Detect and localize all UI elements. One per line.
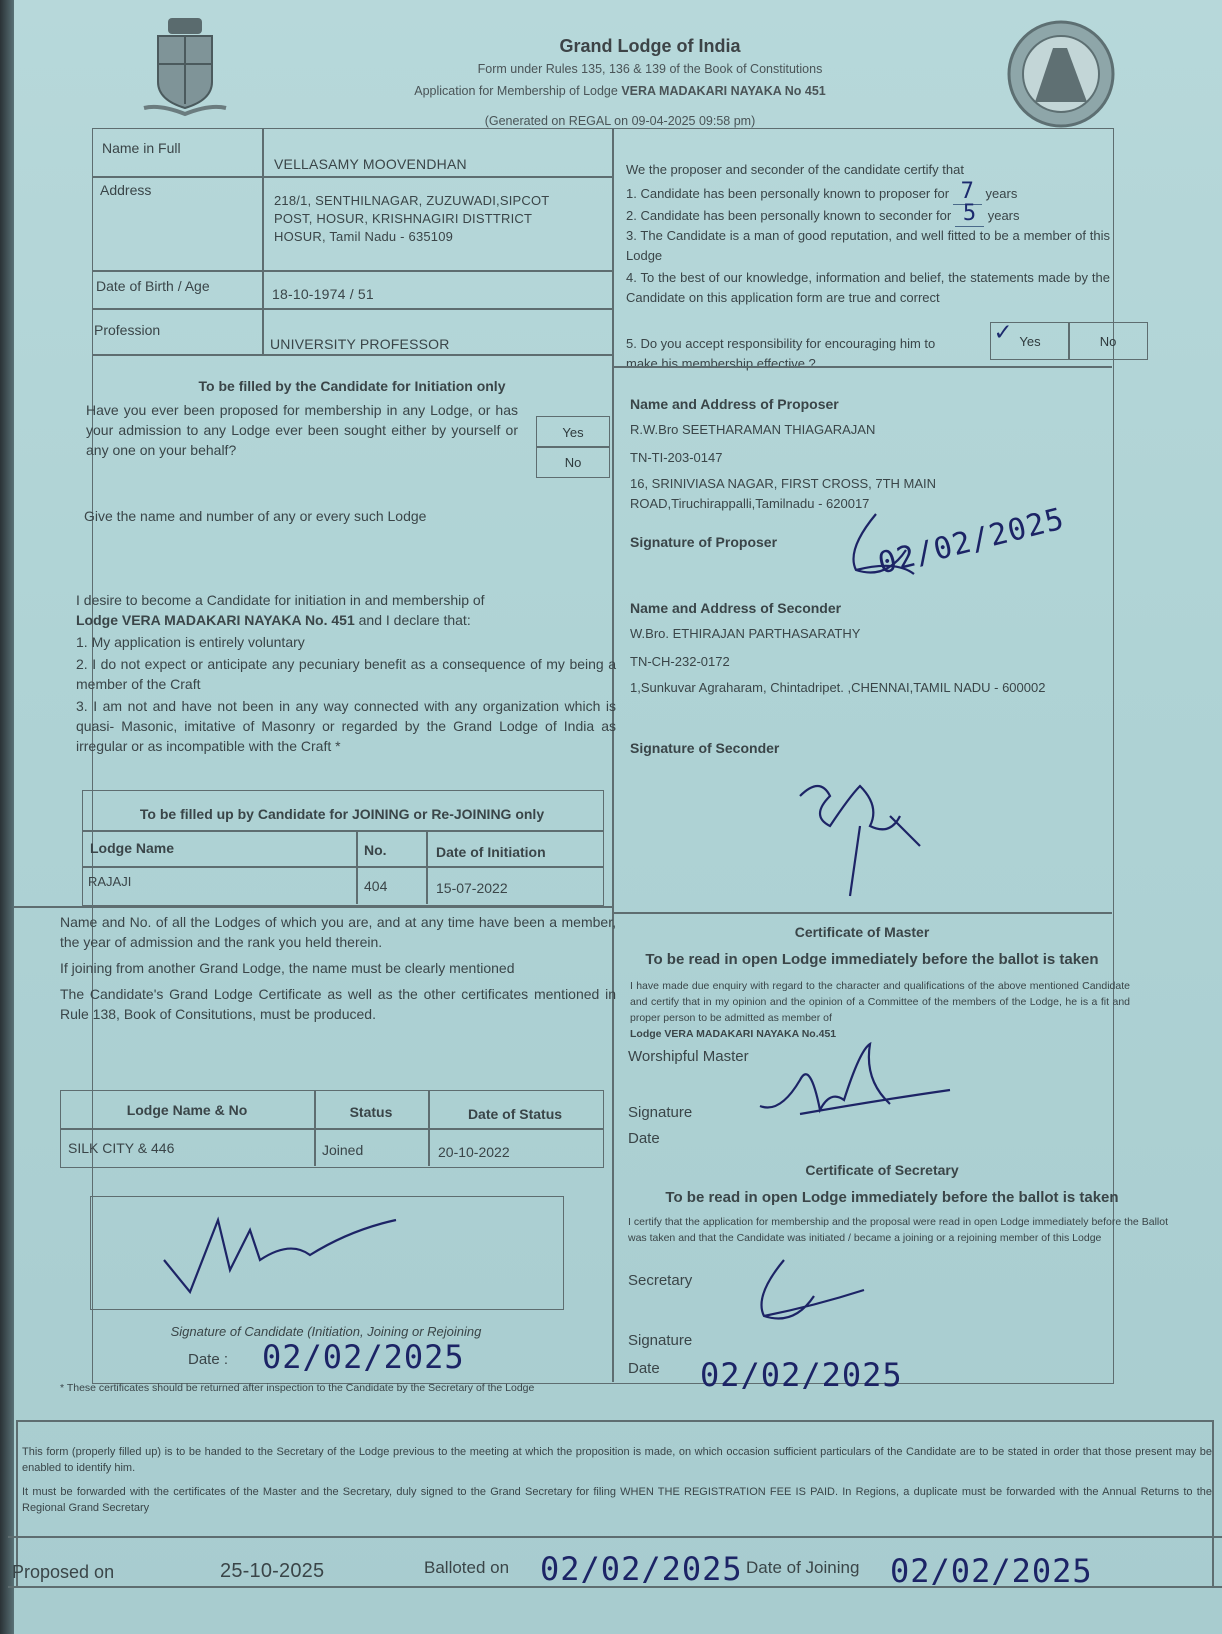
master-certificate-body: I have made due enquiry with regard to t…	[630, 978, 1130, 1026]
secretary-signature-label: Signature	[628, 1332, 692, 1349]
master-date-label: Date	[628, 1130, 660, 1147]
proposer-heading: Name and Address of Proposer	[630, 394, 839, 414]
date-of-joining-value: 02/02/2025	[890, 1552, 1093, 1590]
page-title: Grand Lodge of India	[440, 36, 860, 57]
proposer-id: TN-TI-203-0147	[630, 448, 722, 468]
note: Name and No. of all the Lodges of which …	[60, 912, 616, 952]
declaration-prefix: I desire to become a Candidate for initi…	[76, 590, 616, 610]
address-line: 218/1, SENTHILNAGAR, ZUZUWADI,SIPCOT	[274, 192, 549, 210]
col-divider	[356, 830, 358, 904]
table-cell: SILK CITY & 446	[68, 1138, 174, 1158]
seconder-years: 5	[955, 201, 984, 227]
row-divider	[92, 354, 612, 356]
certification-intro: We the proposer and seconder of the cand…	[626, 160, 1096, 180]
proposer-name: R.W.Bro SEETHARAMAN THIAGARAJAN	[630, 420, 875, 440]
date-of-joining-label: Date of Joining	[746, 1558, 859, 1578]
dob-value: 18-10-1974 / 51	[272, 286, 374, 302]
instructions-para-1: This form (properly filled up) is to be …	[22, 1444, 1212, 1476]
certification-item-1: 1. Candidate has been personally known t…	[626, 182, 1106, 204]
seconder-heading: Name and Address of Seconder	[630, 598, 841, 618]
master-signature-label: Signature	[628, 1104, 692, 1121]
item-text: 2. Candidate has been personally known t…	[626, 208, 951, 223]
initiation-heading: To be filled by the Candidate for Initia…	[92, 376, 612, 396]
address-label: Address	[100, 182, 151, 198]
secretary-certificate-title: Certificate of Secretary	[612, 1160, 1152, 1180]
section-divider	[16, 1420, 1212, 1422]
secretary-certificate-subtitle: To be read in open Lodge immediately bef…	[612, 1188, 1172, 1208]
note: The Candidate's Grand Lodge Certificate …	[60, 984, 616, 1024]
row-divider	[60, 1128, 604, 1130]
name-label: Name in Full	[102, 140, 181, 156]
secretary-label: Secretary	[628, 1272, 692, 1289]
col-header: Lodge Name	[90, 838, 174, 858]
declaration-lodge: Lodge VERA MADAKARI NAYAKA No. 451	[76, 612, 355, 628]
initiation-question: Have you ever been proposed for membersh…	[86, 400, 518, 460]
seconder-address: 1,Sunkuvar Agraharam, Chintadripet. ,CHE…	[630, 678, 1080, 698]
application-prefix: Application for Membership of Lodge	[414, 84, 621, 98]
master-signature-icon	[760, 1040, 960, 1125]
row-divider	[82, 866, 604, 868]
worshipful-master-label: Worshipful Master	[628, 1048, 749, 1065]
dob-label: Date of Birth / Age	[96, 278, 210, 294]
table-cell: Joined	[322, 1140, 363, 1160]
row-divider	[92, 176, 612, 178]
footer-divider	[8, 1536, 1222, 1538]
generated-stamp: (Generated on REGAL on 09-04-2025 09:58 …	[320, 114, 920, 128]
yes-label: Yes	[1019, 334, 1040, 349]
proposer-signature-label: Signature of Proposer	[630, 532, 777, 552]
crest-emblem-icon	[140, 16, 230, 120]
joining-table-heading: To be filled up by Candidate for JOINING…	[82, 804, 602, 824]
responsibility-no-checkbox[interactable]: No	[1068, 322, 1148, 360]
section-divider	[14, 906, 612, 908]
item-text: 1. Candidate has been personally known t…	[626, 186, 949, 201]
checkmark-icon: ✓	[995, 317, 1011, 347]
declaration-item: 1. My application is entirely voluntary	[76, 632, 616, 652]
no-label: No	[1100, 334, 1117, 349]
no-label: No	[565, 455, 582, 470]
col-header: Lodge Name & No	[60, 1100, 314, 1120]
declaration-item: 2. I do not expect or anticipate any pec…	[76, 654, 616, 694]
yes-label: Yes	[562, 425, 583, 440]
certification-item-5: 5. Do you accept responsibility for enco…	[626, 334, 966, 374]
declaration-suffix: and I declare that:	[355, 612, 471, 628]
row-divider	[92, 270, 612, 272]
balloted-on-value: 02/02/2025	[540, 1550, 743, 1588]
application-title: Application for Membership of Lodge VERA…	[320, 84, 920, 98]
row-divider	[82, 830, 604, 832]
details-divider	[262, 128, 264, 354]
declaration: I desire to become a Candidate for initi…	[76, 590, 616, 756]
certificates-footnote: * These certificates should be returned …	[60, 1380, 600, 1396]
col-header: Status	[314, 1102, 428, 1122]
table-cell: 20-10-2022	[438, 1142, 510, 1162]
seconder-signature-label: Signature of Seconder	[630, 738, 779, 758]
section-divider	[612, 912, 1112, 914]
candidate-date-label: Date :	[188, 1350, 228, 1370]
master-certificate-subtitle: To be read in open Lodge immediately bef…	[612, 950, 1132, 970]
certification-item-2: 2. Candidate has been personally known t…	[626, 204, 1106, 226]
years-label: years	[988, 208, 1020, 223]
seconder-id: TN-CH-232-0172	[630, 652, 730, 672]
secretary-date-label: Date	[628, 1360, 660, 1377]
form-rules: Form under Rules 135, 136 & 139 of the B…	[350, 62, 950, 76]
table-cell: 15-07-2022	[436, 878, 508, 898]
instructions-para-2: It must be forwarded with the certificat…	[22, 1484, 1212, 1516]
application-lodge: VERA MADAKARI NAYAKA No 451	[621, 84, 825, 98]
secretary-certificate-body: I certify that the application for membe…	[628, 1214, 1168, 1246]
lodges-notes: Name and No. of all the Lodges of which …	[60, 912, 616, 1024]
initiation-yes-box[interactable]: Yes	[536, 416, 610, 448]
seconder-signature-icon	[790, 756, 930, 911]
col-divider	[428, 1090, 430, 1166]
master-certificate-title: Certificate of Master	[612, 922, 1112, 942]
profession-value: UNIVERSITY PROFESSOR	[270, 336, 450, 352]
col-header: Date of Status	[428, 1104, 602, 1124]
address-line: HOSUR, Tamil Nadu - 635109	[274, 228, 549, 246]
table-cell: RAJAJI	[88, 872, 131, 892]
address-value: 218/1, SENTHILNAGAR, ZUZUWADI,SIPCOT POS…	[274, 192, 549, 246]
certification-item-3: 3. The Candidate is a man of good reputa…	[626, 226, 1110, 266]
col-divider	[426, 830, 428, 904]
profession-label: Profession	[94, 322, 160, 338]
candidate-date-value: 02/02/2025	[262, 1338, 465, 1376]
give-name-prompt: Give the name and number of any or every…	[84, 506, 426, 526]
proposed-on-value: 25-10-2025	[220, 1560, 324, 1583]
candidate-signature-icon	[160, 1200, 400, 1305]
address-line: POST, HOSUR, KRISHNAGIRI DISTTRICT	[274, 210, 549, 228]
col-header: Date of Initiation	[436, 842, 546, 862]
secretary-signature-icon	[754, 1256, 874, 1341]
name-value: VELLASAMY MOOVENDHAN	[274, 156, 467, 172]
responsibility-yes-checkbox[interactable]: ✓ Yes	[990, 322, 1070, 360]
seconder-name: W.Bro. ETHIRAJAN PARTHASARATHY	[630, 624, 860, 644]
certification-item-4: 4. To the best of our knowledge, informa…	[626, 268, 1110, 308]
section-divider	[612, 366, 1112, 368]
table-cell: 404	[364, 876, 387, 896]
years-label: years	[986, 186, 1018, 201]
circular-seal-icon	[995, 18, 1127, 128]
balloted-on-label: Balloted on	[424, 1558, 509, 1578]
declaration-item: 3. I am not and have not been in any way…	[76, 696, 616, 756]
col-header: No.	[364, 840, 387, 860]
secretary-date-value: 02/02/2025	[700, 1356, 903, 1394]
initiation-no-box[interactable]: No	[536, 446, 610, 478]
note: If joining from another Grand Lodge, the…	[60, 958, 616, 978]
frame-edge	[1212, 1420, 1214, 1586]
proposed-on-label: Proposed on	[12, 1562, 114, 1583]
proposer-address: 16, SRINIVIASA NAGAR, FIRST CROSS, 7TH M…	[630, 474, 1010, 514]
row-divider	[92, 308, 612, 310]
